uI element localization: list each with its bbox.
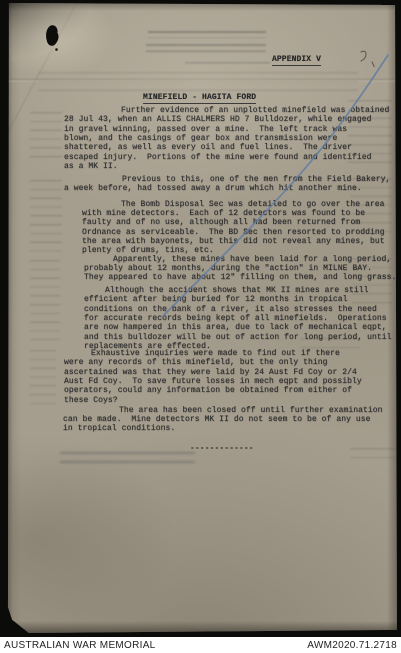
catalog-number: AWM2020.71.2718 bbox=[307, 640, 397, 651]
paragraph-6: Exhaustive inquiries were made to find o… bbox=[64, 349, 362, 405]
paragraph-3: The Bomb Disposal Sec was detailed to go… bbox=[82, 200, 385, 256]
bleed-through-text bbox=[185, 62, 270, 70]
bleed-through-text bbox=[30, 260, 60, 340]
paragraph-4: Apparently, these mines have been laid f… bbox=[84, 255, 396, 283]
bleed-through-text bbox=[60, 452, 195, 470]
paragraph-1: Further evidence of an unplotted minefie… bbox=[64, 106, 389, 171]
bleed-through-text bbox=[30, 350, 56, 405]
paragraph-2: Previous to this, one of the men from th… bbox=[64, 175, 390, 194]
archive-name: AUSTRALIAN WAR MEMORIAL bbox=[4, 640, 156, 651]
paragraph-7: The area has been closed off until furth… bbox=[63, 406, 383, 434]
footer-bar: AUSTRALIAN WAR MEMORIAL AWM2020.71.2718 bbox=[0, 637, 401, 653]
paragraph-5: Although the accident shows that MK II m… bbox=[84, 286, 392, 351]
bleed-through-text bbox=[38, 72, 358, 92]
bleed-through-text bbox=[30, 112, 62, 164]
appendix-label: APPENDIX V bbox=[272, 55, 321, 66]
bleed-through-stamp bbox=[148, 31, 266, 38]
bleed-through-text bbox=[350, 448, 395, 460]
scanned-page: APPENDIX V MINEFIELD - HAGITA FORD Furth… bbox=[0, 0, 401, 653]
bleed-through-text bbox=[30, 180, 62, 258]
bleed-through-stamp bbox=[146, 44, 266, 52]
separator-dashes: ------------- bbox=[190, 444, 254, 453]
document-title: MINEFIELD - HAGITA FORD bbox=[143, 93, 256, 104]
